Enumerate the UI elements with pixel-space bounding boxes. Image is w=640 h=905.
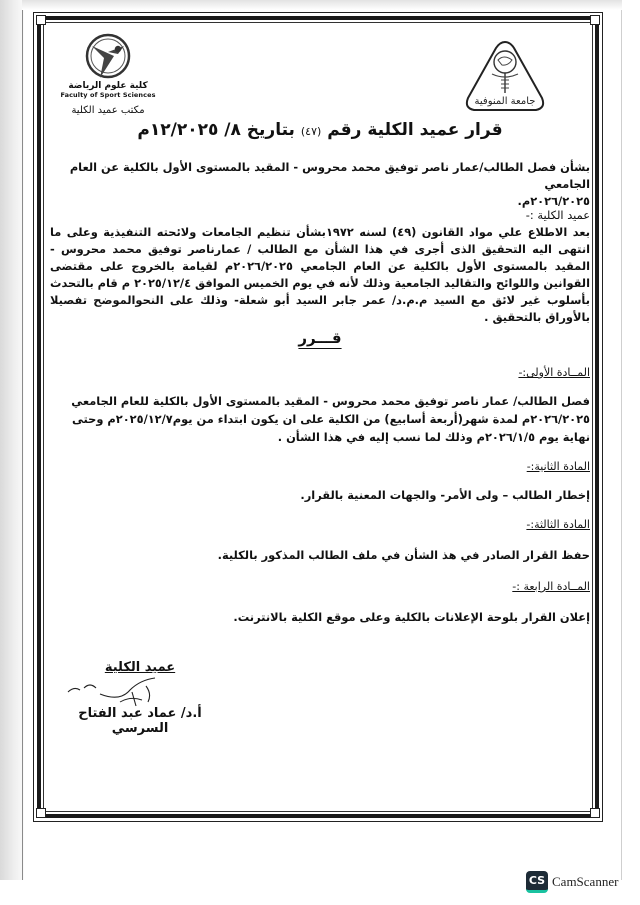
scan-shadow: [0, 0, 24, 880]
article-1-title: المــادة الأولى:-: [50, 366, 590, 379]
sport-sciences-logo-icon: [78, 32, 138, 80]
article-1-text: فصل الطالب/ عمار ناصر توفيق محمد محروس -…: [50, 392, 590, 446]
handwritten-signature-icon: [60, 672, 180, 708]
article-4-title: المــادة الرابعة :-: [50, 580, 590, 593]
frame-corner-ornament: [590, 15, 600, 25]
decision-subject: بشأن فصل الطالب/عمار ناصر توفيق محمد محر…: [50, 159, 590, 210]
decision-date: ٨/ ١٢/٢٠٢٥م: [137, 120, 240, 140]
menoufia-university-logo-icon: جامعة المنوفية: [462, 38, 548, 118]
faculty-logo-block: كلية علوم الرياضة Faculty of Sport Scien…: [58, 32, 158, 116]
signatory-name: أ.د/ عماد عبد الفتاح السرسي: [55, 706, 225, 736]
frame-corner-ornament: [36, 808, 46, 818]
date-label: بتاريخ: [247, 120, 295, 140]
university-logo: جامعة المنوفية: [462, 38, 548, 118]
paper-edge-right: [621, 0, 622, 880]
article-2-title: المادة الثانية:-: [50, 460, 590, 473]
preamble-text: بعد الاطلاع علي مواد القانون (٤٩) لسنه ١…: [50, 224, 590, 326]
paper-edge-left: [22, 0, 23, 880]
title-prefix: قرار عميد الكلية رقم: [327, 120, 502, 140]
camscanner-label: CamScanner: [552, 874, 618, 890]
article-2-text: إخطار الطالب – ولى الأمر- والجهات المعني…: [50, 486, 590, 504]
camscanner-watermark: CS CamScanner: [526, 871, 618, 893]
decided-heading: قـــرر: [270, 329, 370, 347]
svg-text:جامعة المنوفية: جامعة المنوفية: [475, 96, 536, 107]
faculty-name-arabic: كلية علوم الرياضة: [58, 81, 158, 91]
subject-line-1: بشأن فصل الطالب/عمار ناصر توفيق محمد محر…: [50, 159, 590, 193]
paper-top-shade: [22, 0, 622, 10]
decision-number: (٤٧): [301, 125, 321, 138]
preamble-heading: عميد الكلية :-: [50, 207, 590, 224]
frame-corner-ornament: [590, 808, 600, 818]
faculty-name-english: Faculty of Sport Sciences: [58, 91, 158, 99]
preamble: عميد الكلية :- بعد الاطلاع علي مواد القا…: [50, 207, 590, 326]
frame-corner-ornament: [36, 15, 46, 25]
article-4-text: إعلان القرار بلوحة الإعلانات بالكلية وعل…: [50, 608, 590, 626]
dean-office-label: مكتب عميد الكلية: [58, 105, 158, 116]
article-3-text: حفظ القرار الصادر في هذ الشأن في ملف الط…: [50, 546, 590, 564]
decision-title: قرار عميد الكلية رقم (٤٧) بتاريخ ٨/ ١٢/٢…: [40, 120, 600, 140]
camscanner-logo-icon: CS: [526, 871, 548, 893]
article-3-title: المادة الثالثة:-: [50, 518, 590, 531]
